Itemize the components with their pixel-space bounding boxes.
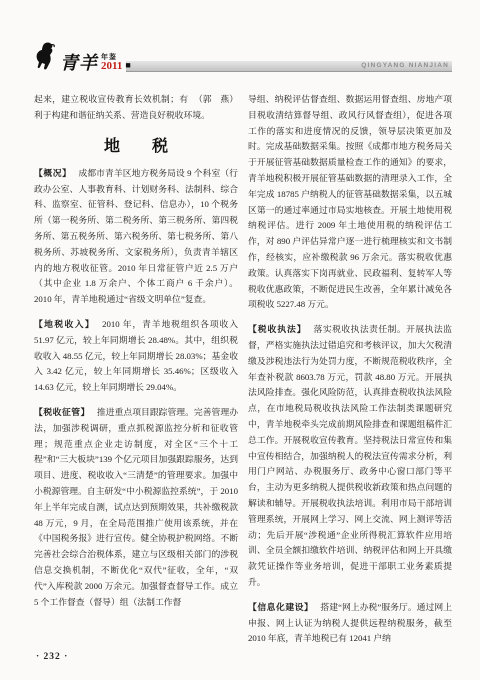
- section-enforcement: 【税收执法】落实税收执法责任制。开展执法监督，严格实施执法过错追究和考核评议，加…: [248, 322, 452, 591]
- goat-logo-icon: [34, 42, 58, 72]
- logo-title-cn: 青羊: [60, 54, 98, 72]
- section-collection: 【税收征管】推进重点项目跟踪管理。完善管理办法，加强涉税调研，重点抓税源监控分析…: [34, 405, 238, 610]
- page-number: · 232 ·: [36, 652, 68, 662]
- section-revenue-label: 【地税收入】: [34, 319, 102, 329]
- logo-stack: 年鉴 2011: [101, 54, 122, 72]
- section-collection-label: 【税收征管】: [34, 407, 97, 417]
- right-column: 导组、纳税评估督查组、数据运用督查组、房地产项目税收清结算督导组、政风行风督查组…: [248, 92, 452, 646]
- section-collection-text: 推进重点项目跟踪管理。完善管理办法，加强涉税调研，重点抓税源监控分析和征收管理；…: [34, 407, 238, 607]
- section-revenue-text: 2010 年，青羊地税组织各项收入 51.97 亿元，较上年同期增长 28.48…: [34, 319, 238, 392]
- header-banner-text: QINGYANG NIANJIAN: [361, 63, 452, 70]
- author-byline: （郭 燕）: [188, 92, 238, 108]
- yearbook-page: QINGYANG NIANJIAN 青羊 年鉴 2011 ■ （郭 燕） 起来，…: [0, 0, 480, 680]
- section-revenue: 【地税收入】2010 年，青羊地税组织各项收入 51.97 亿元，较上年同期增长…: [34, 317, 238, 396]
- section-informatization: 【信息化建设】搭建“网上办税”服务厅。通过网上申报、网上认证为纳税人提供远程纳税…: [248, 600, 452, 647]
- logo-square-mark: ■: [125, 59, 130, 72]
- header-rule-bar: QINGYANG NIANJIAN: [126, 61, 452, 72]
- section-overview-text: 成都市青羊区地方税务局设 9 个科室（行政办公室、人事教育科、计划财务科、法制科…: [34, 168, 238, 304]
- section-overview: 【概况】成都市青羊区地方税务局设 9 个科室（行政办公室、人事教育科、计划财务科…: [34, 166, 238, 308]
- section-overview-label: 【概况】: [34, 168, 78, 178]
- section-enforcement-text: 落实税收执法责任制。开展执法监督，严格实施执法过错追究和考核评议，加大欠税清缴及…: [248, 324, 452, 587]
- yearbook-logo: 青羊 年鉴 2011 ■: [34, 42, 131, 72]
- logo-year: 2011: [101, 61, 122, 72]
- left-column: （郭 燕） 起来，建立税收宣传教育长效机制；有利于构建和谐征纳关系、营造良好税收…: [34, 92, 238, 646]
- section-informatization-label: 【信息化建设】: [248, 602, 320, 612]
- section-enforcement-label: 【税收执法】: [248, 324, 314, 334]
- two-column-text: （郭 燕） 起来，建立税收宣传教育长效机制；有利于构建和谐征纳关系、营造良好税收…: [34, 92, 452, 646]
- intro-text: 起来，建立税收宣传教育长效机制；有利于构建和谐征纳关系、营造良好税收环境。: [34, 94, 210, 120]
- continuation-paragraph: 导组、纳税评估督查组、数据运用督查组、房地产项目税收清结算督导组、政风行风督查组…: [248, 92, 452, 313]
- article-title: 地 税: [34, 137, 238, 156]
- intro-paragraph: （郭 燕） 起来，建立税收宣传教育长效机制；有利于构建和谐征纳关系、营造良好税收…: [34, 92, 238, 124]
- page-header: QINGYANG NIANJIAN 青羊 年鉴 2011 ■: [34, 42, 452, 76]
